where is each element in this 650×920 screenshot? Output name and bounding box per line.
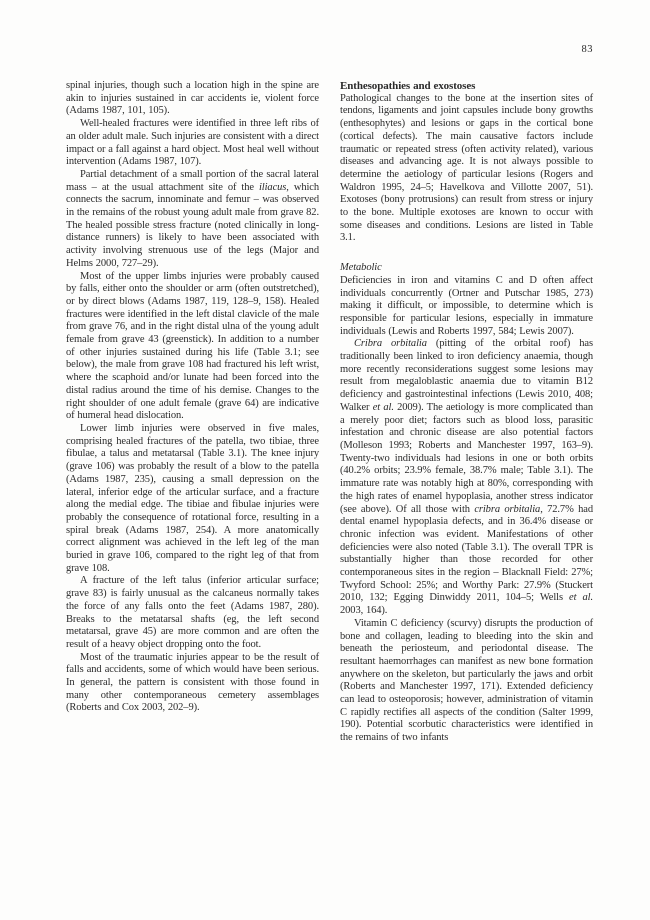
paragraph: Lower limb injuries were observed in fiv… (66, 423, 319, 575)
paragraph-text: 2009). The aetiology is more complicated… (340, 402, 593, 515)
paragraph: Most of the traumatic injuries appear to… (66, 652, 319, 716)
page-number: 83 (66, 44, 593, 56)
paragraph: Most of the upper limbs injuries were pr… (66, 271, 319, 423)
italic-term: et al. (373, 402, 394, 413)
right-column: Enthesopathies and exostoses Pathologica… (340, 80, 593, 745)
subsection-heading: Metabolic (340, 262, 593, 275)
italic-term: iliacus (259, 182, 286, 193)
two-column-text-block: spinal injuries, though such a location … (66, 80, 593, 745)
paragraph: Partial detachment of a small portion of… (66, 169, 319, 271)
paragraph: Pathological changes to the bone at the … (340, 93, 593, 245)
italic-term: Cribra orbitalia (354, 338, 427, 349)
paragraph: spinal injuries, though such a location … (66, 80, 319, 118)
paragraph-text: , 72.7% had dental enamel hypoplasia def… (340, 504, 593, 604)
paragraph: A fracture of the left talus (inferior a… (66, 575, 319, 651)
paragraph: Vitamin C deficiency (scurvy) disrupts t… (340, 618, 593, 745)
paragraph: Well-healed fractures were identified in… (66, 118, 319, 169)
paragraph-text: , which connects the sacrum, innominate … (66, 182, 319, 269)
paragraph-text: 2003, 164). (340, 605, 387, 616)
book-page: 83 spinal injuries, though such a locati… (0, 0, 650, 920)
left-column: spinal injuries, though such a location … (66, 80, 319, 745)
section-heading: Enthesopathies and exostoses (340, 80, 593, 93)
italic-term: cribra orbitalia (474, 504, 540, 515)
italic-term: et al. (569, 592, 593, 603)
paragraph: Cribra orbitalia (pitting of the orbital… (340, 338, 593, 617)
paragraph: Deficiencies in iron and vitamins C and … (340, 275, 593, 339)
